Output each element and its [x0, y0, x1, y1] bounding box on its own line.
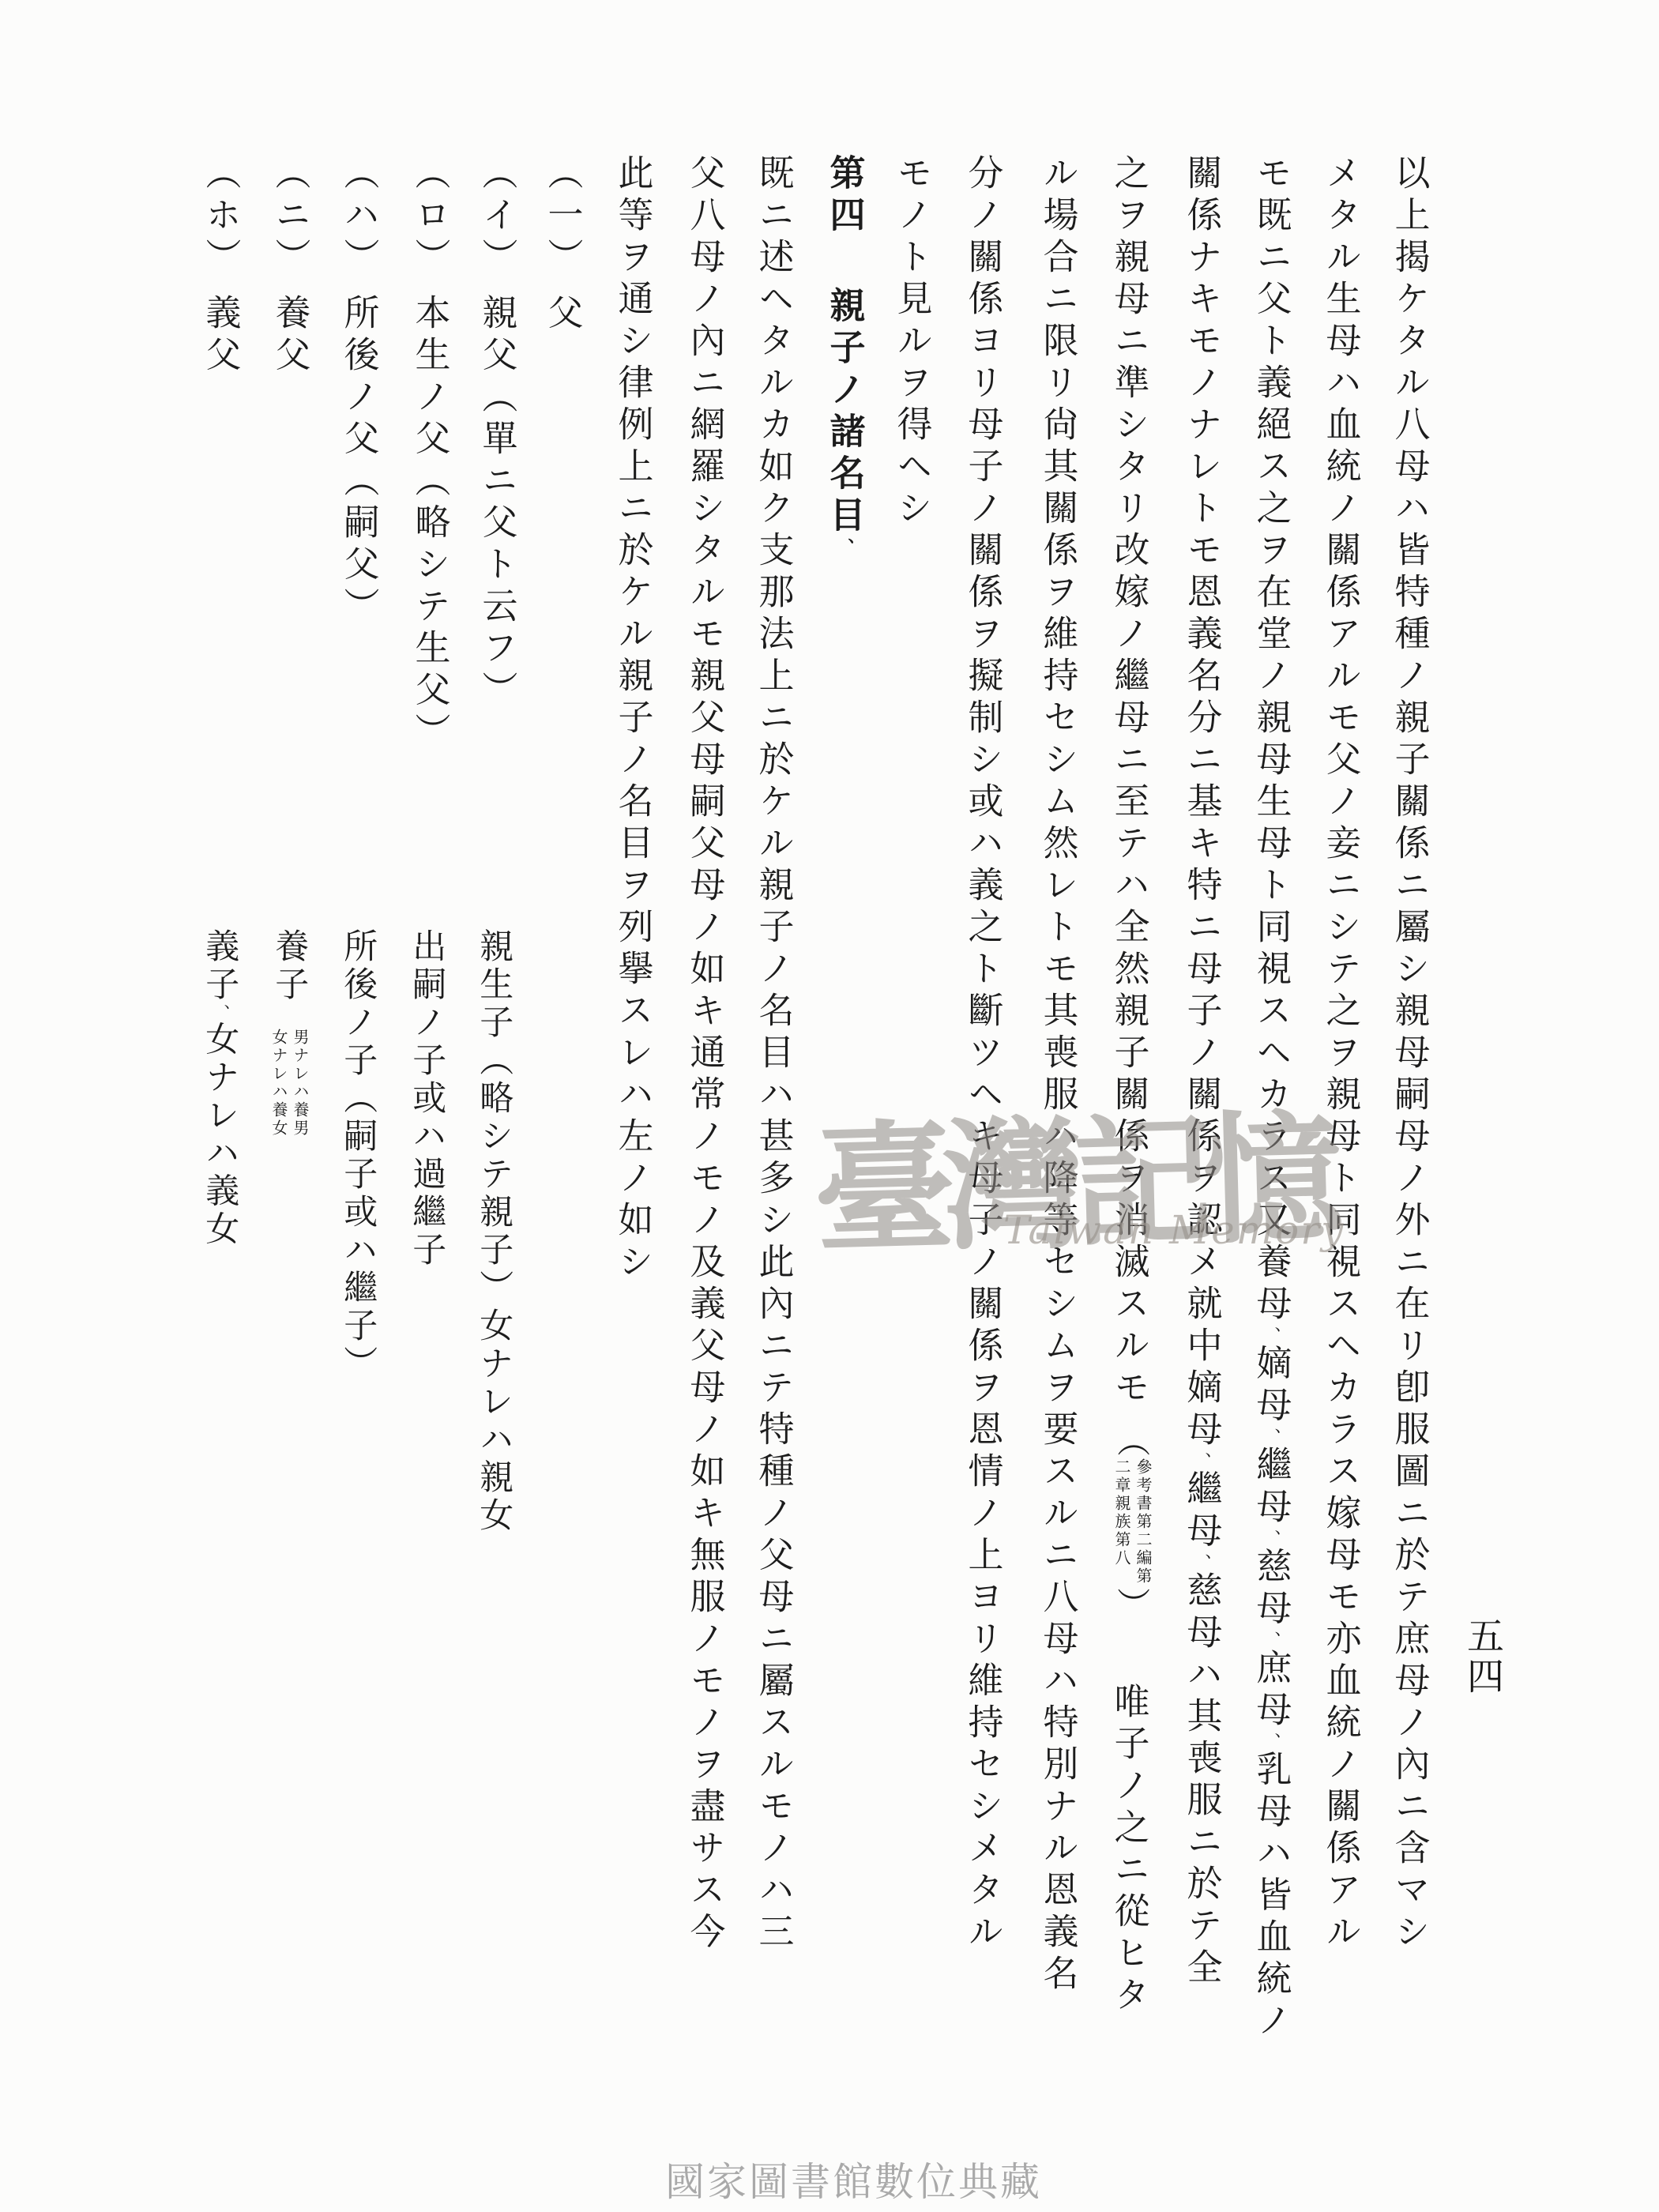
list-item-term: 所後ノ父（嗣父） [338, 280, 380, 629]
list-item-ho-parent: （ホ）義父 [201, 154, 240, 378]
list-item-label: （ホ） [200, 154, 242, 280]
archive-caption: 國家圖書館數位典藏 [665, 2150, 1042, 2207]
list-item-label: （ロ） [409, 154, 451, 280]
reference-note: （ 參考書第二編第 二章親族第八 ） [1100, 1422, 1164, 1622]
body-column-10: 父八母ノ內ニ網羅シタルモ親父母嗣父母ノ如キ通常ノモノ及義父母ノ如キ無服ノモノヲ盡… [685, 154, 724, 1954]
list-item-term: 養父 [269, 280, 311, 378]
list-item-ho-child: 義子、女ナレハ義女 [201, 928, 238, 1249]
body-column-1: 以上揭ケタル八母ハ皆特種ノ親子關係ニ屬シ親母嗣母ノ外ニ在リ卽服圖ニ於テ庶母ノ內ニ… [1390, 154, 1429, 1954]
list-item-label: （イ） [476, 154, 518, 280]
list-group-father: （一）父 [543, 154, 582, 336]
list-item-term: 義父 [200, 280, 242, 378]
body-column-5b: 唯子ノ之ニ從ヒタ [1109, 1683, 1149, 2018]
list-item-ro-child: 出嗣ノ子或ハ過繼子 [408, 928, 445, 1270]
list-item-term: 本生ノ父（略シテ生父） [409, 280, 451, 754]
note-open-paren: （ [1114, 1424, 1150, 1457]
list-item-label: （ニ） [269, 154, 311, 280]
body-column-11: 此等ヲ通シ律例上ニ於ケル親子ノ名目ヲ列擧スレハ左ノ如シ [613, 154, 653, 1285]
list-item-ha-child: 所後ノ子（嗣子或ハ繼子） [339, 928, 376, 1383]
page-number: 五四 [1456, 1616, 1509, 1697]
list-item-ni-parent: （ニ）養父 [270, 154, 310, 378]
note-line-right: 參考書第二編第 [1134, 1458, 1152, 1586]
list-group-term: 父 [542, 280, 584, 336]
body-column-5a: 之ヲ親母ニ準シタリ改嫁ノ繼母ニ至テハ全然親子關係ヲ消滅スルモ [1109, 154, 1149, 1410]
note-line-left: 二章親族第八 [1112, 1458, 1130, 1586]
adopted-child-gender-note: 男ナレハ養男 女ナレハ養女 [251, 1029, 327, 1138]
list-group-label: （一） [542, 154, 584, 280]
scanned-document-page: 以上揭ケタル八母ハ皆特種ノ親子關係ニ屬シ親母嗣母ノ外ニ在リ卽服圖ニ於テ庶母ノ內ニ… [0, 0, 1659, 2212]
body-column-8: モノト見ルヲ得ヘシ [892, 154, 931, 531]
body-column-3: モ既ニ父ト義絕ス之ヲ在堂ノ親母生母ト同視スヘカラス又養母、嫡母、繼母、慈母、庶母… [1251, 154, 1291, 2044]
list-item-ni-child: 養子 [270, 928, 307, 1004]
list-item-i-child: 親生子（略シテ親子）女ナレハ親女 [475, 928, 512, 1535]
section-title: 親子ノ諸名目、 [824, 238, 866, 556]
note-line-right: 男ナレハ養男 [291, 1029, 309, 1138]
body-column-9: 既ニ述ヘタルカ如ク支那法上ニ於ケル親子ノ名目ハ甚多シ此內ニテ特種ノ父母ニ屬スルモ… [754, 154, 793, 1954]
list-item-term: 親父（單ニ父ト云フ） [476, 280, 518, 713]
list-item-i-parent: （イ）親父（單ニ父ト云フ） [477, 154, 517, 713]
body-column-4: 關係ナキモノナレトモ恩義名分ニ基キ特ニ母子ノ關係ヲ認メ就中嫡母、繼母、慈母ハ其喪… [1182, 154, 1221, 1990]
note-close-paren: ） [1114, 1587, 1150, 1620]
body-column-6: ル場合ニ限リ尙其關係ヲ維持セシム然レトモ其喪服ハ降等セシムヲ要スルニ八母ハ特別ナ… [1038, 154, 1078, 1996]
list-item-label: （ハ） [338, 154, 380, 280]
note-line-left: 女ナレハ養女 [269, 1029, 288, 1138]
body-column-7: 分ノ關係ヨリ母子ノ關係ヲ擬制シ或ハ義之ト斷ツヘキ母子ノ關係ヲ恩情ノ上ヨリ維持セシ… [963, 154, 1003, 1954]
list-item-ro-parent: （ロ）本生ノ父（略シテ生父） [410, 154, 450, 754]
list-item-ha-parent: （ハ）所後ノ父（嗣父） [339, 154, 378, 629]
body-column-2: メタル生母ハ血統ノ關係アルモ父ノ妾ニシテ之ヲ親母ト同視スヘカラス嫁母モ亦血統ノ關… [1321, 154, 1360, 1954]
section-heading: 第四親子ノ諸名目、 [825, 154, 864, 556]
section-number: 第四 [824, 154, 866, 238]
